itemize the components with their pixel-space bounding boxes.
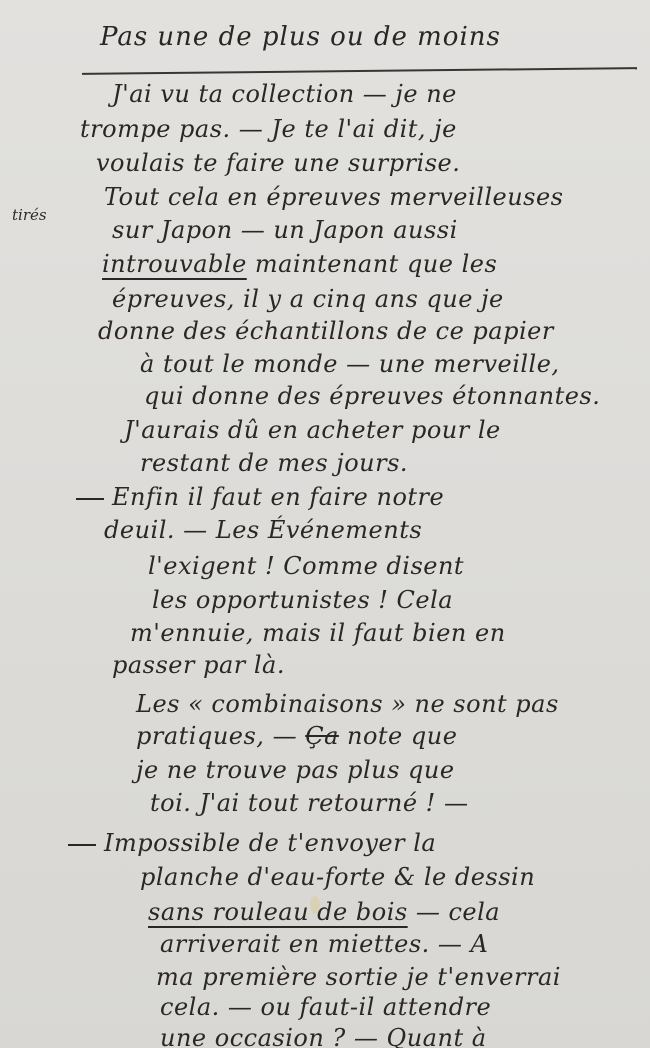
letter-line: donne des échantillons de ce papier <box>98 317 554 345</box>
letter-line: épreuves, il y a cinq ans que je <box>112 285 504 313</box>
margin-note: tirés <box>12 206 47 224</box>
heading-rule <box>82 67 637 75</box>
letter-line: trompe pas. — Je te l'ai dit, je <box>80 115 457 143</box>
letter-line: introuvable maintenant que les <box>102 250 497 278</box>
line-text: Les « combinaisons » ne sont pas <box>136 690 559 718</box>
line-text: J'ai vu ta collection — je ne <box>112 80 457 108</box>
letter-line: J'aurais dû en acheter pour le <box>124 416 501 444</box>
line-text: planche d'eau-forte & le dessin <box>140 863 535 891</box>
line-text: une occasion ? — Quant à <box>160 1024 487 1048</box>
letter-line: arriverait en miettes. — A <box>160 930 488 958</box>
line-text: trompe pas. — Je te l'ai dit, je <box>80 115 457 143</box>
line-text: je ne trouve pas plus que <box>136 756 455 784</box>
letter-line: deuil. — Les Événements <box>104 516 422 544</box>
letter-line: Les « combinaisons » ne sont pas <box>136 690 559 718</box>
line-text: introuvable maintenant que les <box>102 250 497 278</box>
letter-line: qui donne des épreuves étonnantes. <box>144 382 600 410</box>
letter-line: les opportunistes ! Cela <box>152 586 453 614</box>
letter-line: planche d'eau-forte & le dessin <box>140 863 535 891</box>
underlined-text: sans rouleau de bois <box>148 898 408 926</box>
line-text: J'aurais dû en acheter pour le <box>124 416 501 444</box>
em-dash-mark <box>68 844 96 846</box>
letter-page: Pas une de plus ou de moins tirés J'ai v… <box>0 0 650 1048</box>
letter-line: passer par là. <box>112 651 285 679</box>
paper-stain <box>310 896 320 914</box>
line-text: l'exigent ! Comme disent <box>148 552 464 580</box>
line-text: toi. J'ai tout retourné ! — <box>150 789 468 817</box>
line-text: ma première sortie je t'enverrai <box>156 963 561 991</box>
letter-line: Tout cela en épreuves merveilleuses <box>104 183 564 211</box>
letter-line: Enfin il faut en faire notre <box>76 483 444 511</box>
line-text: donne des échantillons de ce papier <box>98 317 554 345</box>
line-text: deuil. — Les Événements <box>104 516 422 544</box>
underlined-text: introuvable <box>102 250 247 278</box>
letter-line: sans rouleau de bois — cela <box>148 898 500 926</box>
letter-line: ma première sortie je t'enverrai <box>156 963 561 991</box>
letter-line: cela. — ou faut-il attendre <box>160 993 491 1021</box>
letter-line: restant de mes jours. <box>140 449 408 477</box>
letter-line: m'ennuie, mais il faut bien en <box>130 619 506 647</box>
line-text: Impossible de t'envoyer la <box>104 829 436 857</box>
letter-line: à tout le monde — une merveille, <box>140 350 560 378</box>
struck-text: Ça <box>305 722 339 750</box>
letter-line: je ne trouve pas plus que <box>136 756 455 784</box>
line-text: voulais te faire une surprise. <box>96 149 460 177</box>
line-text: cela. — ou faut-il attendre <box>160 993 491 1021</box>
line-text: sans rouleau de bois — cela <box>148 898 500 926</box>
line-text: épreuves, il y a cinq ans que je <box>112 285 504 313</box>
line-text: m'ennuie, mais il faut bien en <box>130 619 506 647</box>
line-text: Tout cela en épreuves merveilleuses <box>104 183 564 211</box>
letter-line: toi. J'ai tout retourné ! — <box>150 789 468 817</box>
letter-line: J'ai vu ta collection — je ne <box>112 80 457 108</box>
line-text: qui donne des épreuves étonnantes. <box>144 382 600 410</box>
em-dash-mark <box>76 498 104 500</box>
line-text: les opportunistes ! Cela <box>152 586 453 614</box>
letter-line: voulais te faire une surprise. <box>96 149 460 177</box>
line-text: sur Japon — un Japon aussi <box>112 216 458 244</box>
line-text: passer par là. <box>112 651 285 679</box>
line-text: arriverait en miettes. — A <box>160 930 488 958</box>
letter-line: sur Japon — un Japon aussi <box>112 216 458 244</box>
line-text: à tout le monde — une merveille, <box>140 350 560 378</box>
line-text: Enfin il faut en faire notre <box>112 483 444 511</box>
line-text: pratiques, — Ça note que <box>136 722 457 750</box>
line-text: restant de mes jours. <box>140 449 408 477</box>
letter-line: une occasion ? — Quant à <box>160 1024 487 1048</box>
letter-line: pratiques, — Ça note que <box>136 722 457 750</box>
letter-heading: Pas une de plus ou de moins <box>100 22 501 52</box>
letter-line: Impossible de t'envoyer la <box>68 829 436 857</box>
letter-line: l'exigent ! Comme disent <box>148 552 464 580</box>
